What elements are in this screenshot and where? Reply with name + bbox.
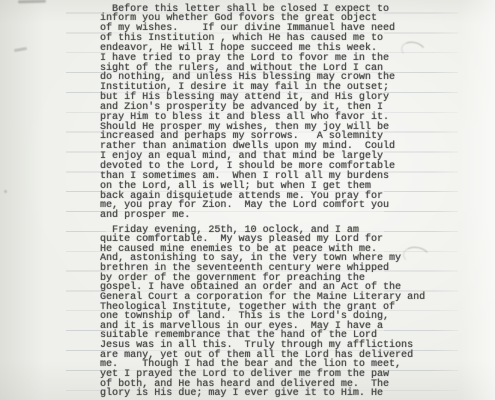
letter-body: Before this letter shall be closed I exp… <box>100 5 460 399</box>
ink-smear-artifact <box>18 0 46 3</box>
letter-paragraph: Before this letter shall be closed I exp… <box>100 5 460 222</box>
pencil-mark-artifact <box>14 47 27 52</box>
scanned-letter-page: Before this letter shall be closed I exp… <box>0 0 495 400</box>
paper-speck-artifact <box>4 190 7 193</box>
